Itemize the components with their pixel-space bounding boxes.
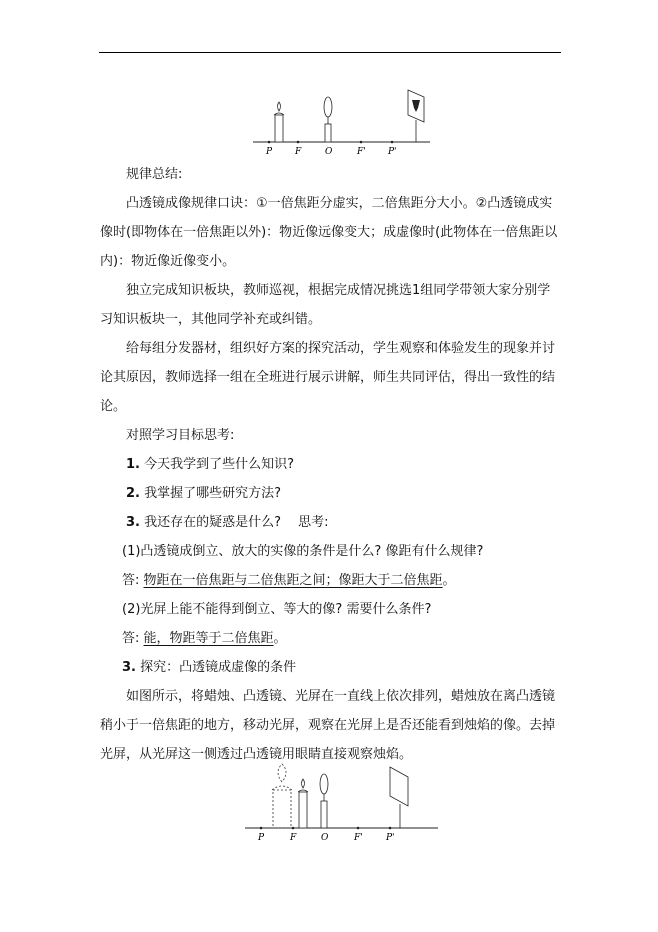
- label-f-prime: F': [356, 147, 366, 157]
- question-1: 1. 今天我学到了些什么知识?: [100, 450, 563, 479]
- independent-paragraph: 独立完成知识板块，教师巡视，根据完成情况挑选1组同学带领大家分别学习知识板块一，…: [100, 276, 563, 334]
- summary-heading: 规律总结:: [100, 160, 563, 189]
- answer-2: 答: 能，物距等于二倍焦距。: [100, 624, 563, 653]
- label-f: F: [294, 147, 302, 157]
- rule-paragraph: 凸透镜成像规律口诀：①一倍焦距分虚实，二倍焦距分大小。②凸透镜成实像时(即物体在…: [100, 189, 563, 276]
- label-p-prime: P': [385, 833, 395, 843]
- label-o: O: [325, 147, 333, 157]
- explore-heading: 3. 探究：凸透镜成虚像的条件: [100, 653, 563, 682]
- figure-virtual-image-setup: P F O F' P': [230, 760, 450, 850]
- reflect-heading: 对照学习目标思考:: [100, 421, 563, 450]
- question-3: 3. 我还存在的疑惑是什么? 思考:: [100, 508, 563, 537]
- label-p: P: [257, 833, 265, 843]
- header-rule: [99, 52, 561, 53]
- label-p-prime: P': [387, 147, 397, 157]
- answer-2-text: 能，物距等于二倍焦距: [144, 631, 274, 646]
- answer-1-text: 物距在一倍焦距与二倍焦距之间；像距大于二倍焦距: [144, 573, 443, 588]
- label-p: P: [265, 147, 273, 157]
- answer-1: 答: 物距在一倍焦距与二倍焦距之间；像距大于二倍焦距。: [100, 566, 563, 595]
- label-f: F: [289, 833, 297, 843]
- document-body: 规律总结: 凸透镜成像规律口诀：①一倍焦距分虚实，二倍焦距分大小。②凸透镜成实像…: [100, 160, 563, 769]
- sub-question-2: (2)光屏上能不能得到倒立、等大的像? 需要什么条件?: [100, 595, 563, 624]
- question-2: 2. 我掌握了哪些研究方法?: [100, 479, 563, 508]
- figure-real-image-setup: P F O F' P': [240, 80, 440, 160]
- explore-paragraph: 如图所示，将蜡烛、凸透镜、光屏在一直线上依次排列，蜡烛放在离凸透镜稍小于一倍焦距…: [100, 682, 563, 769]
- label-f-prime: F': [353, 833, 363, 843]
- equipment-paragraph: 给每组分发器材，组织好方案的探究活动，学生观察和体验发生的现象并讨论其原因，教师…: [100, 334, 563, 421]
- label-o: O: [321, 833, 329, 843]
- sub-question-1: (1)凸透镜成倒立、放大的实像的条件是什么? 像距有什么规律?: [100, 537, 563, 566]
